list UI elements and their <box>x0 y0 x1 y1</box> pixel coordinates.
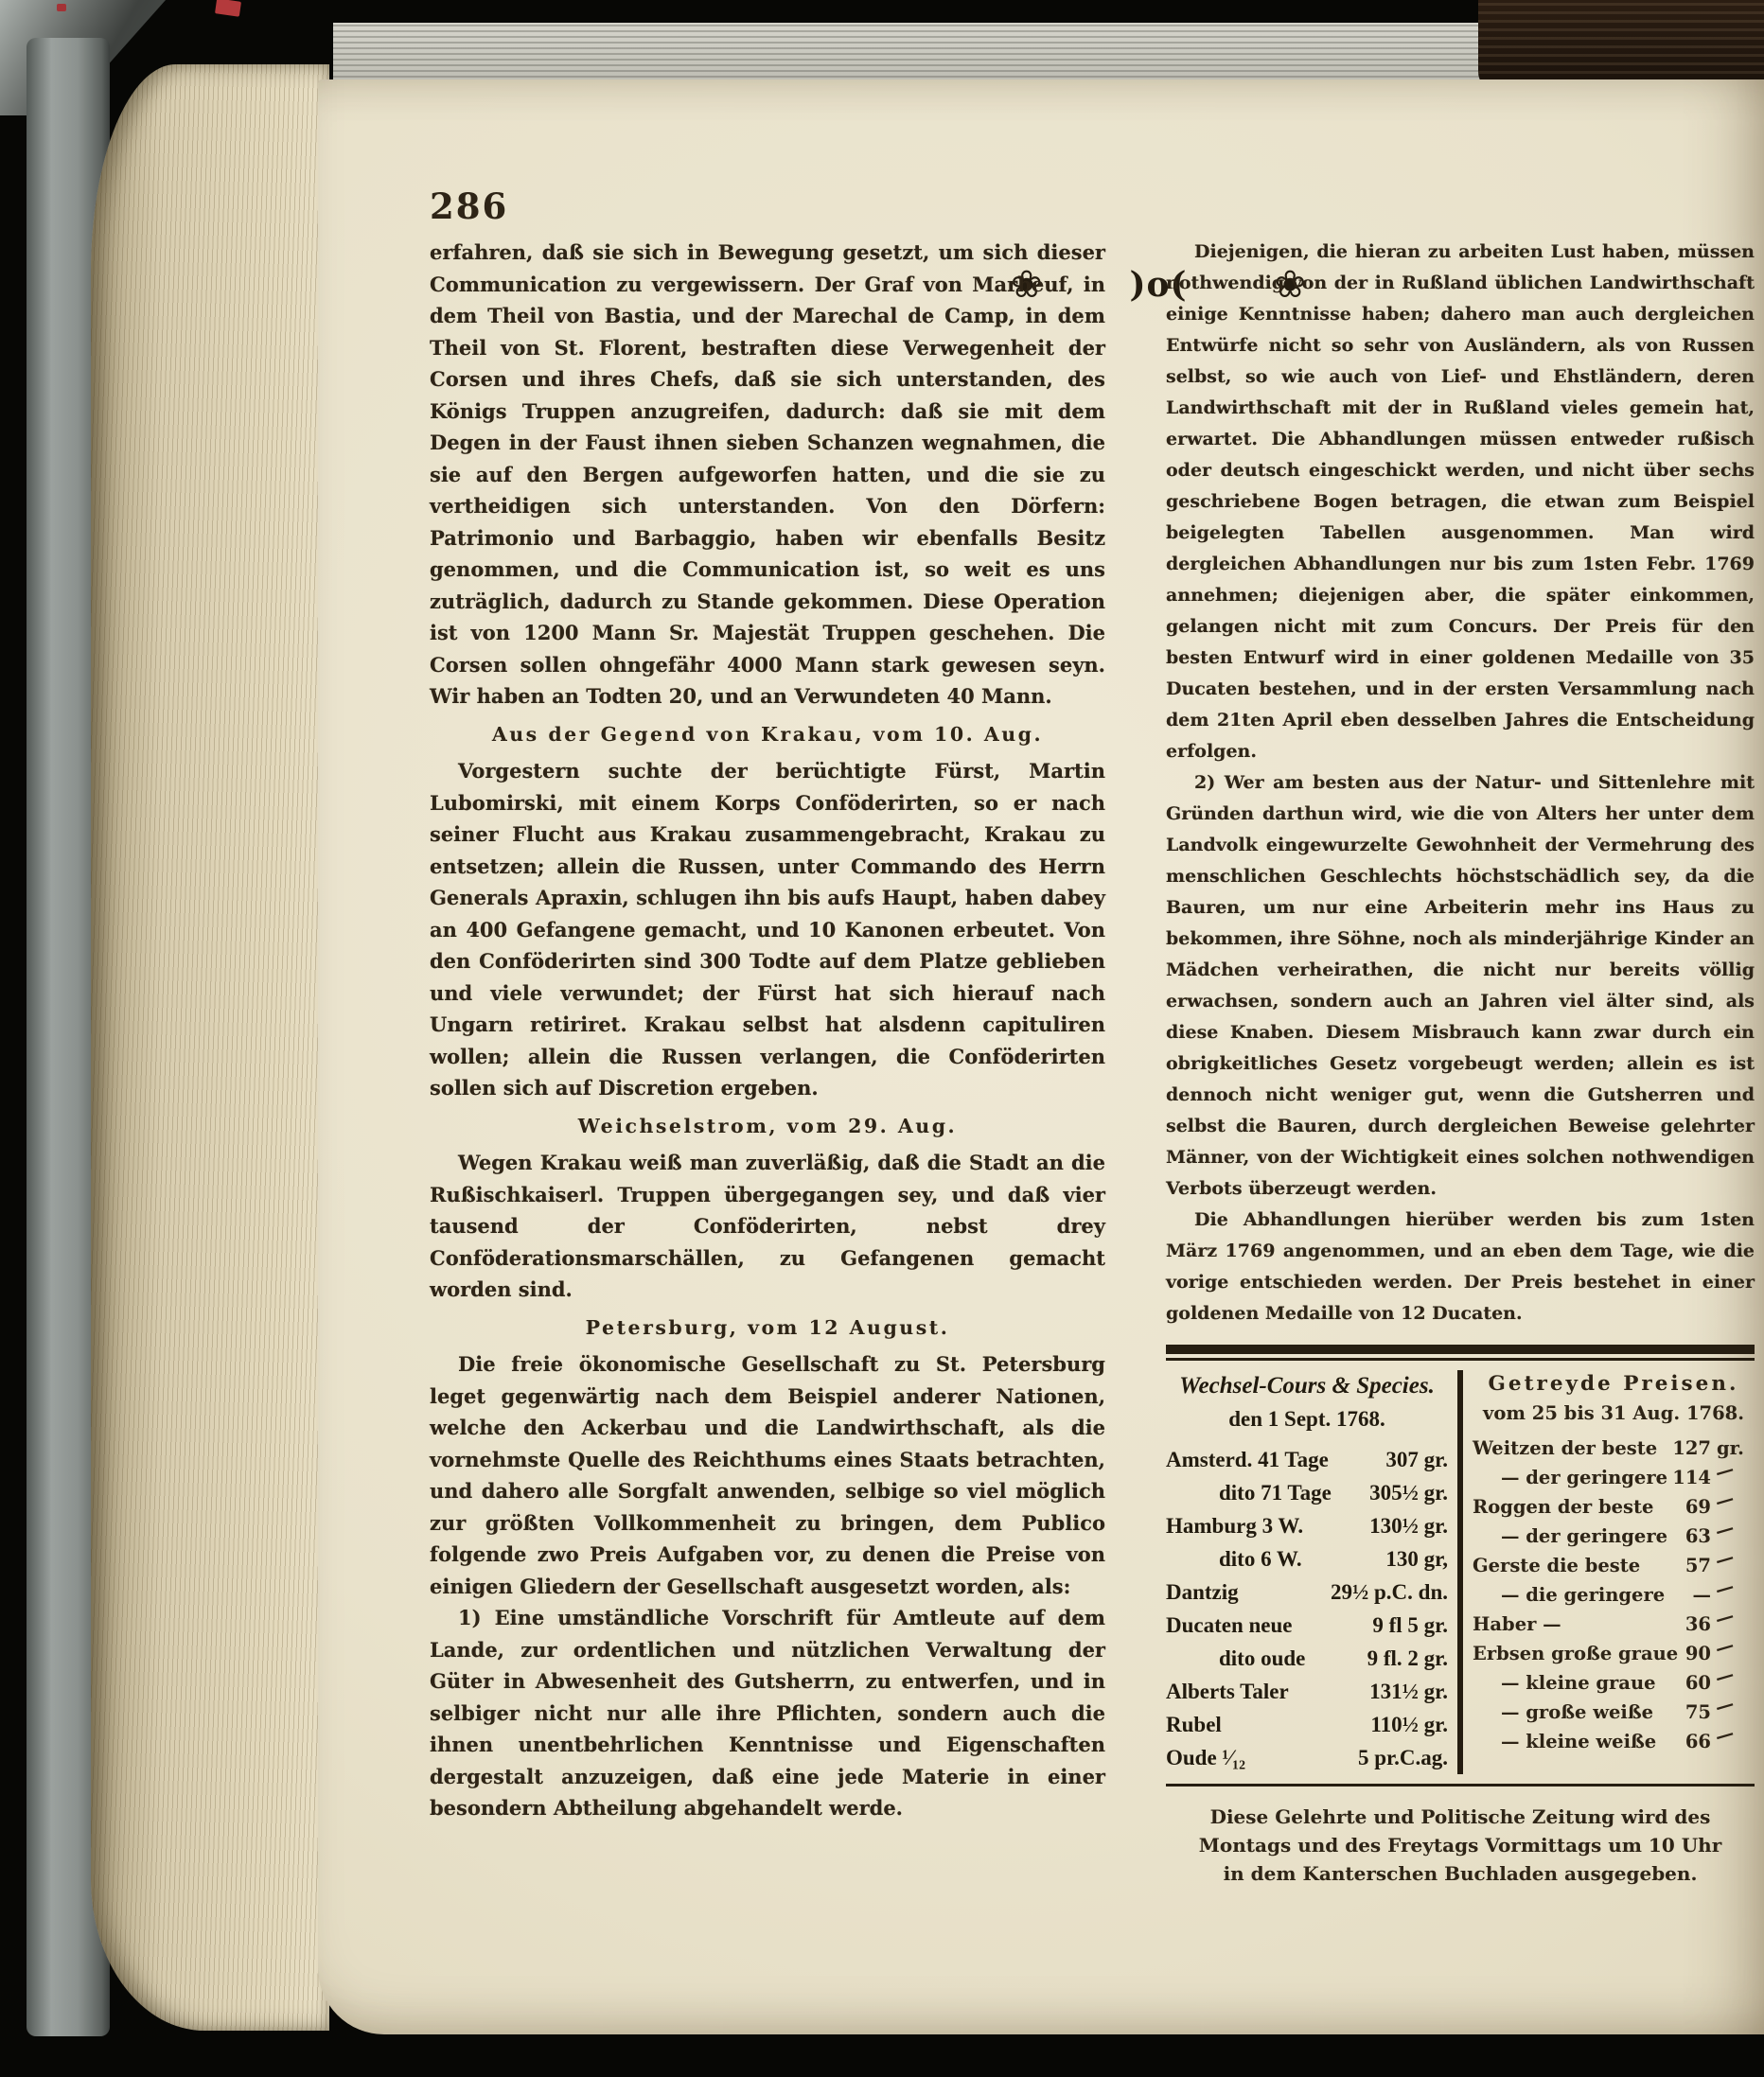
price-tables: Wechsel-Cours & Species. den 1 Sept. 176… <box>1166 1345 1755 1888</box>
section-heading-weichselstrom: Weichselstrom, vom 29. Aug. <box>430 1111 1105 1143</box>
red-mark-small <box>57 4 66 11</box>
table-row: Oude ¹⁄₁₂5 pr.C.ag. <box>1166 1741 1448 1774</box>
table-row: Alberts Taler131½ gr. <box>1166 1675 1448 1708</box>
grain-table-title: Getreyde Preisen. <box>1473 1370 1755 1399</box>
book-photo: 286 ❀ )o( ❀ erfahren, daß sie sich in Be… <box>0 0 1764 2077</box>
table-row: Ducaten neue9 fl 5 gr. <box>1166 1609 1448 1642</box>
table-row: Rubel110½ gr. <box>1166 1708 1448 1741</box>
paragraph-petersburg: Die freie ökonomische Gesellschaft zu St… <box>430 1348 1105 1602</box>
page-stack-fore-edge <box>91 64 329 2031</box>
paragraph-deadline: Die Abhandlungen hierüber werden bis zum… <box>1166 1205 1755 1329</box>
table-row: dito oude9 fl. 2 gr. <box>1166 1642 1448 1675</box>
imprint-note: Diese Gelehrte und Politische Zeitung wi… <box>1166 1803 1755 1888</box>
book-headcap <box>1478 0 1764 91</box>
paragraph-krakau: Vorgestern suchte der berüchtigte Fürst,… <box>430 755 1105 1104</box>
double-rule <box>1166 1345 1755 1361</box>
table-row: Amsterd. 41 Tage307 gr. <box>1166 1443 1448 1476</box>
right-column: Diejenigen, die hieran zu arbeiten Lust … <box>1166 237 1755 1888</box>
paragraph-prize-task-2: 2) Wer am besten aus der Natur- und Sitt… <box>1166 767 1755 1205</box>
table-row: dito 71 Tage305½ gr. <box>1166 1476 1448 1509</box>
table-row: Hamburg 3 W.130½ gr. <box>1166 1509 1448 1542</box>
table-row: dito 6 W.130 gr, <box>1166 1542 1448 1575</box>
exchange-table-date: den 1 Sept. 1768. <box>1166 1402 1448 1435</box>
paragraph-prize-task-1: 1) Eine umständliche Vorschrift für Amtl… <box>430 1602 1105 1824</box>
exchange-table-title: Wechsel-Cours & Species. <box>1166 1370 1448 1402</box>
bottom-rule <box>1166 1784 1755 1789</box>
table-row: — kleine weiße66— <box>1473 1727 1755 1756</box>
paragraph-weichselstrom: Wegen Krakau weiß man zuverläßig, daß di… <box>430 1147 1105 1306</box>
paragraph-submission-rules: Diejenigen, die hieran zu arbeiten Lust … <box>1166 237 1755 767</box>
grain-table-date: vom 25 bis 31 Aug. 1768. <box>1473 1399 1755 1428</box>
table-row: Dantzig29½ p.C. dn. <box>1166 1575 1448 1609</box>
left-column: erfahren, daß sie sich in Bewegung geset… <box>430 237 1105 1824</box>
section-heading-petersburg: Petersburg, vom 12 August. <box>430 1312 1105 1345</box>
grain-prices-table: Getreyde Preisen. vom 25 bis 31 Aug. 176… <box>1463 1370 1755 1774</box>
exchange-rates-table: Wechsel-Cours & Species. den 1 Sept. 176… <box>1166 1370 1463 1774</box>
section-heading-krakau: Aus der Gegend von Krakau, vom 10. Aug. <box>430 719 1105 751</box>
page-number: 286 <box>430 185 508 227</box>
red-mark <box>215 0 241 17</box>
paragraph-corsica: erfahren, daß sie sich in Bewegung geset… <box>430 237 1105 713</box>
book-page: 286 ❀ )o( ❀ erfahren, daß sie sich in Be… <box>318 79 1764 2034</box>
